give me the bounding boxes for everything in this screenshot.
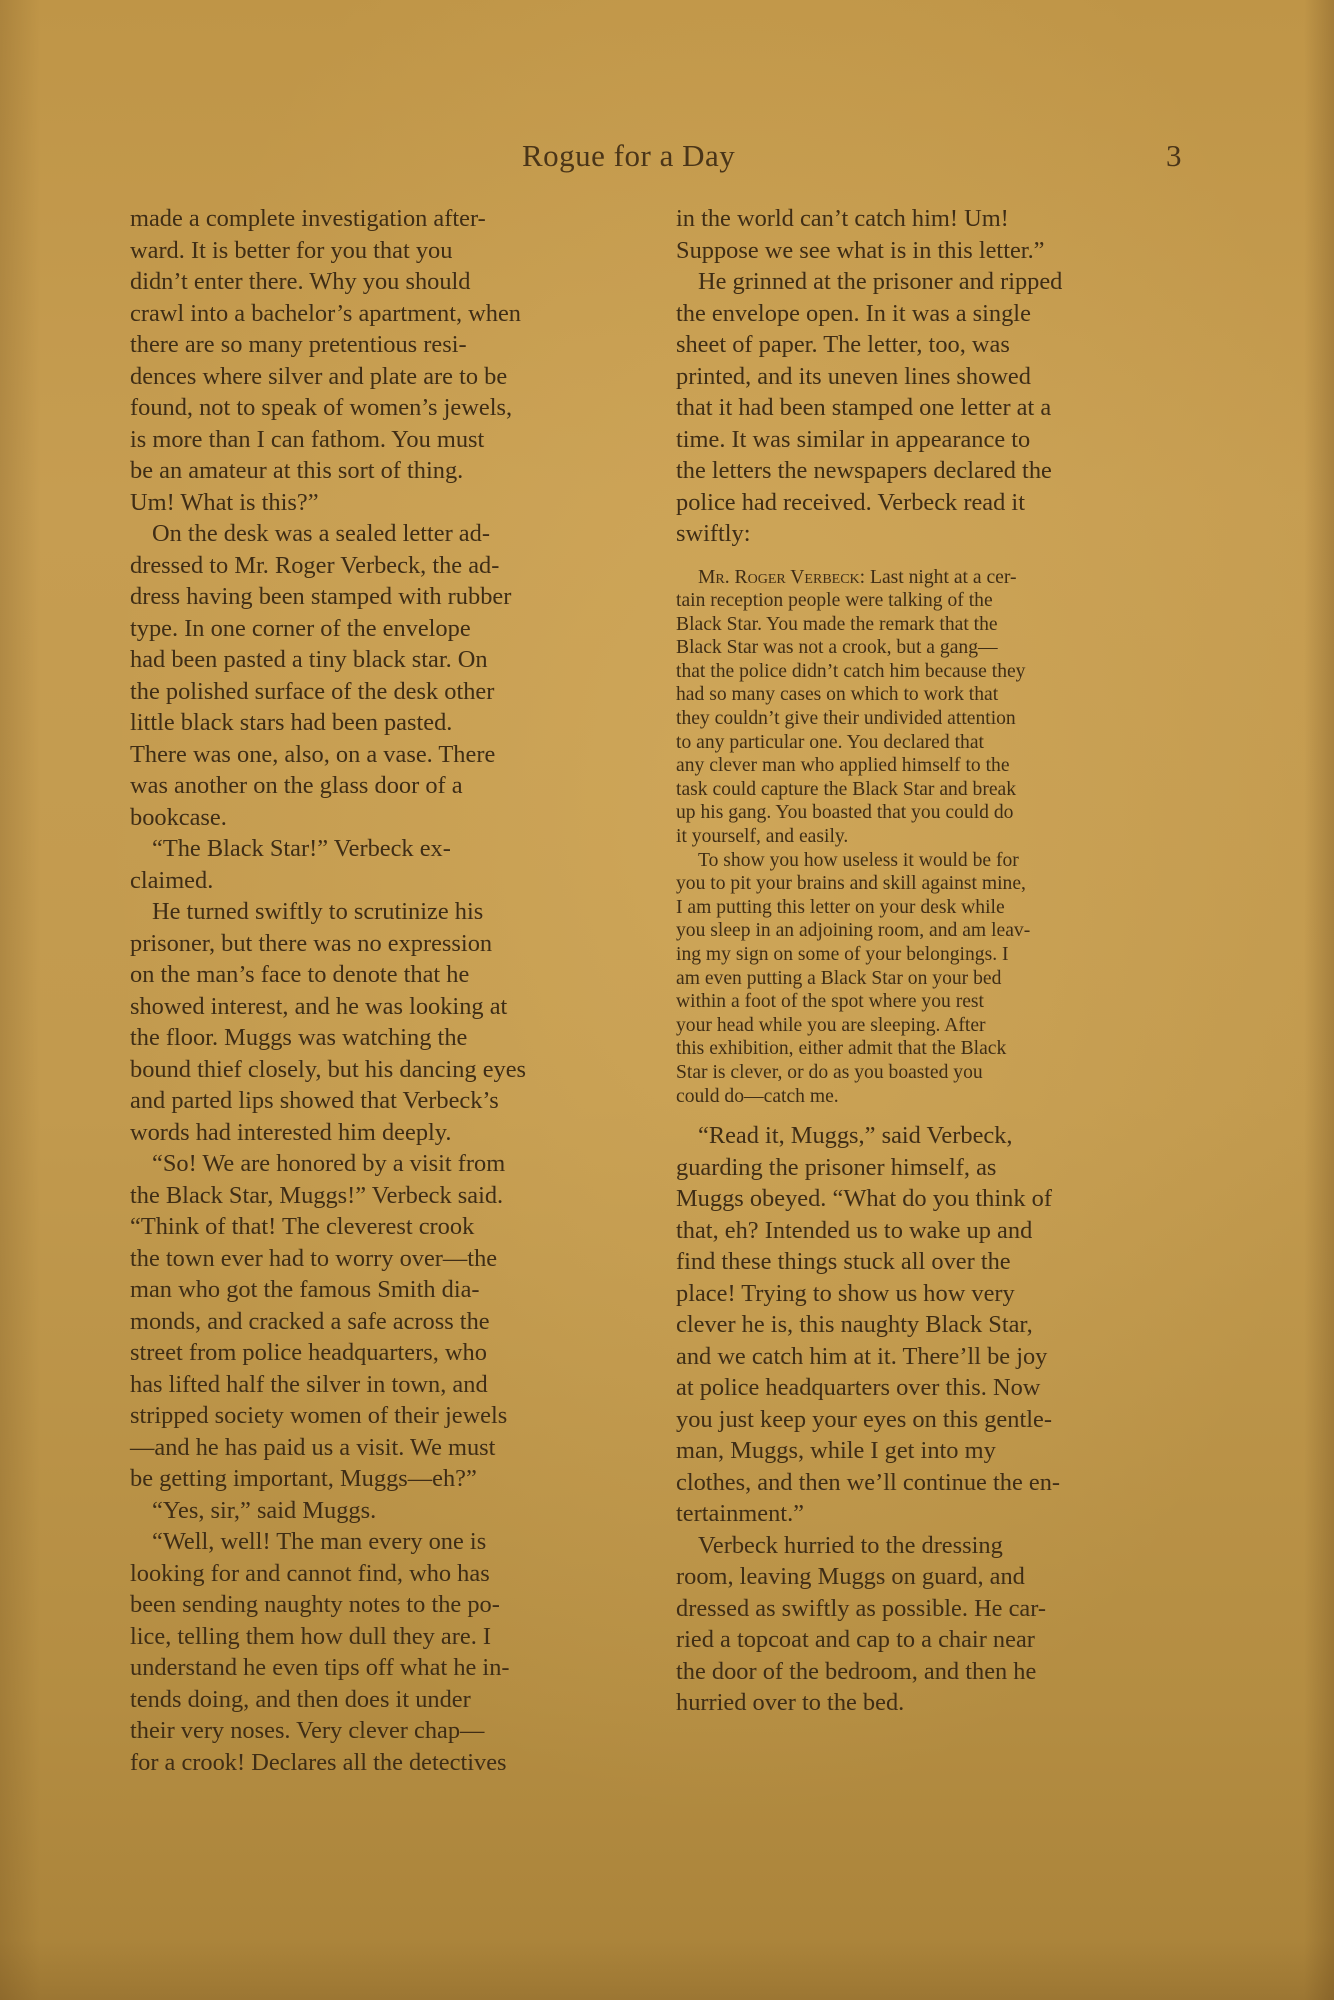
running-head: Rogue for a Day 3 xyxy=(0,138,1334,182)
paragraph: “Yes, sir,” said Muggs. xyxy=(130,1495,636,1527)
running-title: Rogue for a Day xyxy=(522,138,735,174)
left-column: made a complete investigation after- war… xyxy=(130,203,636,1778)
letter-paragraph: Mr. Roger Verbeck: Last night at a cer- … xyxy=(676,566,1182,849)
quoted-letter: Mr. Roger Verbeck: Last night at a cer- … xyxy=(676,566,1182,1109)
paragraph: “Read it, Muggs,” said Verbeck, guarding… xyxy=(676,1120,1182,1530)
paragraph: “The Black Star!” Verbeck ex- claimed. xyxy=(130,833,636,896)
paragraph: Verbeck hurried to the dressing room, le… xyxy=(676,1530,1182,1719)
paragraph: He grinned at the prisoner and ripped th… xyxy=(676,266,1182,550)
paragraph: He turned swiftly to scrutinize his pris… xyxy=(130,896,636,1148)
paragraph: made a complete investigation after- war… xyxy=(130,203,636,518)
right-column: in the world can’t catch him! Um! Suppos… xyxy=(676,203,1182,1719)
paragraph: “Well, well! The man every one is lookin… xyxy=(130,1526,636,1778)
paragraph: On the desk was a sealed letter ad- dres… xyxy=(130,518,636,833)
letter-paragraph: To show you how useless it would be for … xyxy=(676,849,1182,1109)
book-page: Rogue for a Day 3 made a complete invest… xyxy=(0,0,1334,2000)
paragraph: in the world can’t catch him! Um! Suppos… xyxy=(676,203,1182,266)
page-number: 3 xyxy=(1166,138,1182,174)
paragraph: “So! We are honored by a visit from the … xyxy=(130,1148,636,1495)
letter-salutation: Mr. Roger Verbeck: xyxy=(698,567,865,588)
letter-text: Last night at a cer- tain reception peop… xyxy=(676,567,1025,848)
